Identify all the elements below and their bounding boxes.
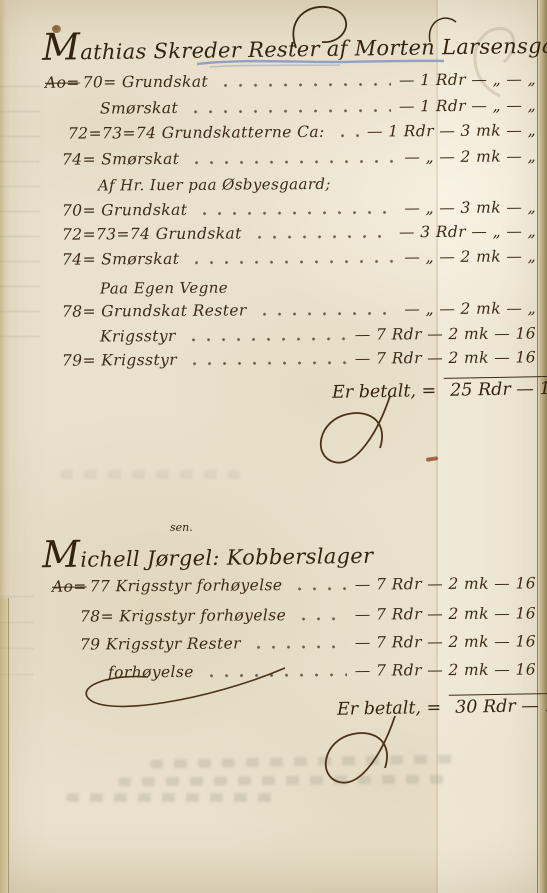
row-label: 74= Smørskat	[62, 150, 179, 169]
row-label: 79 Krigsstyr Rester	[80, 634, 241, 653]
ledger-row: forhøyelse — 7 Rdr — 2 mk — 16	[108, 661, 536, 682]
dot-leader	[250, 231, 391, 242]
row-amount: — „ — 3 mk — „	[404, 198, 536, 217]
bleedthrough-ruled-lines-lower	[0, 596, 34, 680]
sum-label: Er betalt, =	[337, 698, 441, 720]
dot-leader	[216, 79, 391, 90]
dot-leader	[195, 207, 396, 218]
sum-line: Er betalt, = 25 Rdr — 1 mk — 20	[332, 376, 538, 403]
row-amount: — „ — 2 mk — „	[404, 299, 536, 318]
row-label: Smørskat	[100, 99, 178, 118]
row-amount: — 1 Rdr — „ — „	[399, 70, 536, 89]
row-label: 78= Krigsstyr forhøyelse	[80, 606, 286, 625]
ledger-subheader: Paa Egen Vegne	[100, 276, 536, 297]
dot-leader	[249, 642, 347, 653]
ledger-row: 70= Grundskat — „ — 3 mk — „	[62, 198, 536, 219]
row-label: 72=73=74 Grundskat	[62, 224, 242, 243]
ledger-row: 78= Grundskat Rester — „ — 2 mk — „	[62, 299, 536, 320]
verso-bleedthrough-writing	[60, 470, 240, 479]
sum-value: 25 Rdr — 1 mk — 20	[444, 374, 547, 400]
row-amount: — 7 Rdr — 2 mk — 16	[355, 604, 536, 623]
dot-leader	[187, 256, 396, 267]
dot-leader	[202, 670, 347, 681]
ledger-row: Krigsstyr — 7 Rdr — 2 mk — 16	[100, 324, 536, 345]
row-amount: — 7 Rdr — 2 mk — 16	[355, 324, 536, 343]
ledger-row: 78= Krigsstyr forhøyelse — 7 Rdr — 2 mk …	[80, 604, 536, 625]
row-amount: — 7 Rdr — 2 mk — 16	[355, 661, 536, 680]
ledger-row: 79= Krigsstyr — 7 Rdr — 2 mk — 16	[62, 348, 536, 369]
verso-bleedthrough-writing	[150, 754, 460, 768]
sum-flourish-loop-2	[326, 716, 395, 783]
subheader-label: Af Hr. Iuer paa Øsbyesgaard;	[98, 175, 331, 195]
row-amount: — 7 Rdr — 2 mk — 16	[355, 632, 536, 651]
anno-prefix: Ao=	[52, 577, 87, 595]
row-label: 77 Krigsstyr forhøyelse	[90, 576, 283, 595]
row-amount: — „ — 2 mk — „	[404, 247, 536, 266]
dot-leader	[294, 614, 347, 624]
row-label: 79= Krigsstyr	[62, 351, 177, 370]
row-label: 74= Smørskat	[62, 250, 179, 269]
ledger-row: 79 Krigsstyr Rester — 7 Rdr — 2 mk — 16	[80, 632, 536, 653]
row-label: 78= Grundskat Rester	[62, 301, 247, 320]
row-amount: — 1 Rdr — 3 mk — „	[367, 121, 536, 140]
sum-label: Er betalt, =	[332, 381, 436, 403]
dot-leader	[290, 584, 346, 594]
ledger-row: Ao= 70= Grundskat — 1 Rdr — „ — „	[45, 70, 536, 91]
row-amount: — 3 Rdr — „ — „	[399, 222, 536, 241]
sum-flourish-loop-1	[321, 396, 390, 463]
anno-prefix: Ao=	[45, 73, 80, 91]
row-label: 72=73=74 Grundskatterne Ca:	[68, 123, 325, 143]
dot-leader	[255, 308, 397, 319]
row-label: forhøyelse	[108, 663, 194, 682]
ledger-row: 72=73=74 Grundskatterne Ca: — 1 Rdr — 3 …	[68, 121, 536, 142]
page-edge-right	[537, 0, 547, 893]
row-amount: — 1 Rdr — „ — „	[399, 96, 536, 115]
header-superscript: sen.	[170, 521, 193, 534]
dot-leader	[185, 358, 347, 369]
dot-leader	[186, 105, 391, 116]
ledger-row: 74= Smørskat — „ — 2 mk — „	[62, 147, 536, 168]
ledger-subheader: Af Hr. Iuer paa Øsbyesgaard;	[98, 173, 536, 194]
bleedthrough-ruled-lines	[0, 86, 40, 358]
account-header: Michell Jørgel: Kobberslager	[42, 529, 374, 577]
dot-leader	[184, 334, 347, 345]
verso-bleedthrough-writing	[66, 793, 276, 802]
sum-line: Er betalt, = 30 Rdr — 1 mk — 16	[337, 693, 538, 720]
ledger-row: Smørskat — 1 Rdr — „ — „	[100, 96, 536, 117]
ledger-row: Ao= 77 Krigsstyr forhøyelse — 7 Rdr — 2 …	[52, 574, 536, 595]
row-label: 70= Grundskat	[83, 73, 208, 92]
ledger-row: 74= Smørskat — „ — 2 mk — „	[62, 247, 536, 268]
sum-value: 30 Rdr — 1 mk — 16	[449, 691, 547, 717]
ledger-row: 72=73=74 Grundskat — 3 Rdr — „ — „	[62, 222, 536, 243]
row-amount: — 7 Rdr — 2 mk — 16	[355, 348, 536, 367]
row-label: 70= Grundskat	[62, 201, 187, 220]
account-header: Mathias Skreder Rester af Morten Larsens…	[42, 18, 547, 69]
verso-bleedthrough-writing	[118, 775, 448, 787]
row-amount: — „ — 2 mk — „	[404, 147, 536, 166]
subheader-label: Paa Egen Vegne	[100, 279, 228, 298]
dot-leader	[333, 131, 359, 141]
row-label: Krigsstyr	[100, 327, 176, 346]
row-amount: — 7 Rdr — 2 mk — 16	[355, 574, 536, 593]
manuscript-page: Mathias Skreder Rester af Morten Larsens…	[0, 0, 547, 893]
dot-leader	[187, 156, 396, 167]
